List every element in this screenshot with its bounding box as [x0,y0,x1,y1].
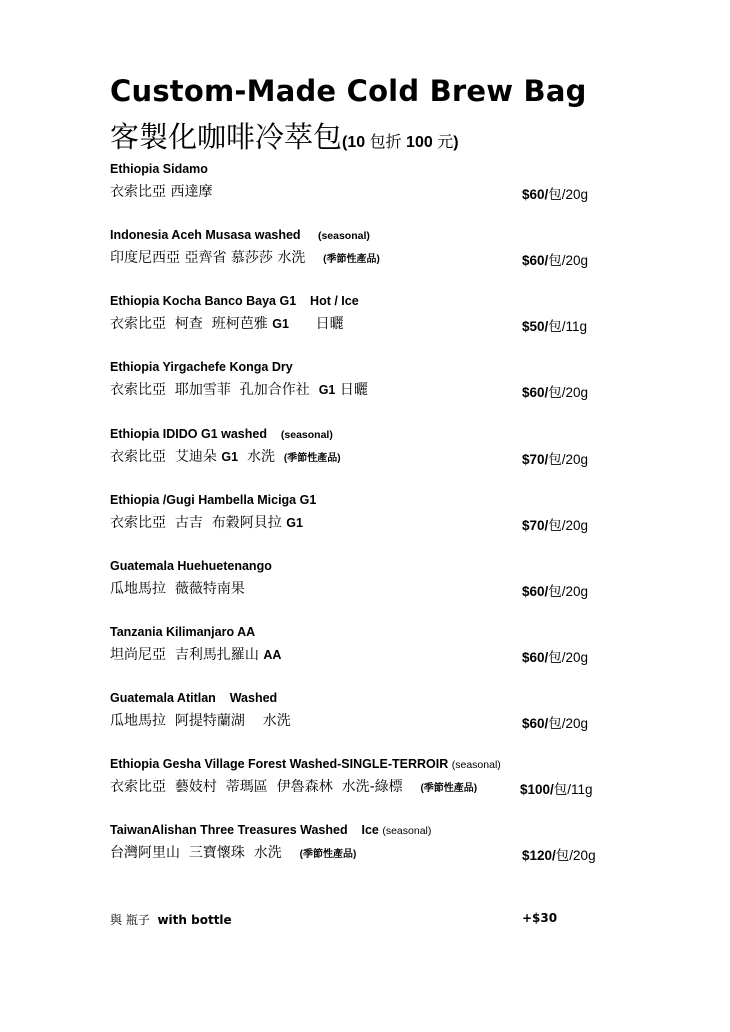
item-name-en-text: Ethiopia IDIDO G1 washed [110,427,267,441]
item-name-zh-text: 瓜地馬拉 阿提特蘭湖 水洗 [110,713,291,729]
item-name-en: Indonesia Aceh Musasa washed (seasonal) [110,228,370,242]
item-name-zh-text: 衣索比亞 西達摩 [110,184,212,200]
seasonal-note-zh: (季節性產品) [323,254,380,265]
item-name-en: Ethiopia Sidamo [110,162,208,176]
price-unit: 包/20g [548,518,588,533]
price-amount: $60/ [522,650,548,665]
discount-zh2: 元 [437,134,453,151]
price-unit: 包/20g [556,848,596,863]
process-label: 日曬 [289,316,344,332]
item-name-zh-text: 衣索比亞 艾迪朵 [110,449,221,465]
item-name-zh: 衣索比亞 西達摩 [110,181,212,201]
item-name-zh: 台灣阿里山 三寶懷珠 水洗 (季節性產品) [110,842,356,862]
item-price: $60/包/20g [522,381,588,401]
item-name-en-text: Guatemala Atitlan Washed [110,691,277,705]
item-name-en-text: Ethiopia Gesha Village Forest Washed-SIN… [110,757,448,771]
title-chinese: 客製化咖啡冷萃包(10 包折 100 元) [110,115,459,156]
item-name-zh-text: 衣索比亞 古吉 布穀阿貝拉 [110,515,286,531]
item-name-en-text: Ethiopia Yirgachefe Konga Dry [110,360,293,374]
process-label: 水洗 [238,449,275,465]
title-english: Custom-Made Cold Brew Bag [110,74,587,108]
item-name-zh-text: 坦尚尼亞 吉利馬扎羅山 [110,647,263,663]
item-name-zh-text: 印度尼西亞 亞齊省 慕莎莎 水洗 [110,250,305,266]
bottle-label-en: with bottle [157,913,231,927]
item-name-en-text: Guatemala Huehuetenango [110,559,272,573]
item-name-en-text: Indonesia Aceh Musasa washed [110,228,301,242]
price-unit: 包/20g [548,385,588,400]
price-unit: 包/20g [548,253,588,268]
price-amount: $60/ [522,584,548,599]
item-name-zh-text: 衣索比亞 柯查 班柯芭雅 [110,316,272,332]
seasonal-note-zh: (季節性產品) [284,453,341,464]
discount-mid: 100 [402,134,438,151]
item-name-zh-text: 瓜地馬拉 薇薇特南果 [110,581,245,597]
price-amount: $60/ [522,253,548,268]
item-name-zh: 衣索比亞 古吉 布穀阿貝拉 G1 [110,512,303,532]
item-name-en-text: Ethiopia Kocha Banco Baya G1 Hot / Ice [110,294,359,308]
seasonal-note: (seasonal) [452,759,501,771]
seasonal-note: (seasonal) [318,230,370,242]
title-chinese-main: 客製化咖啡冷萃包 [110,120,342,154]
discount-zh1: 包折 [370,134,402,151]
price-unit: 包/11g [554,782,593,797]
item-name-zh: 衣索比亞 柯查 班柯芭雅 G1 日曬 [110,313,344,333]
item-price: $120/包/20g [522,844,596,864]
price-amount: $100/ [520,782,554,797]
item-name-en: Ethiopia IDIDO G1 washed (seasonal) [110,427,333,441]
item-price: $60/包/20g [522,646,588,666]
price-unit: 包/20g [548,452,588,467]
price-amount: $70/ [522,518,548,533]
item-name-en: Guatemala Huehuetenango [110,559,272,573]
item-price: $70/包/20g [522,514,588,534]
item-name-en-text: Tanzania Kilimanjaro AA [110,625,255,639]
grade-label: G1 [319,383,336,397]
item-name-zh: 衣索比亞 艾迪朵 G1 水洗 (季節性產品) [110,446,341,466]
bottle-addon-label: 與 瓶子 with bottle [110,911,232,928]
price-amount: $60/ [522,716,548,731]
grade-label: G1 [286,516,303,530]
price-unit: 包/20g [548,187,588,202]
price-amount: $60/ [522,187,548,202]
item-price: $60/包/20g [522,249,588,269]
item-name-zh: 瓜地馬拉 阿提特蘭湖 水洗 [110,710,291,730]
item-name-zh-text: 衣索比亞 藝妓村 蒂瑪區 伊魯森林 水洗-綠標 [110,779,403,795]
price-amount: $70/ [522,452,548,467]
item-name-en: Ethiopia Kocha Banco Baya G1 Hot / Ice [110,294,359,308]
discount-open: (10 [342,134,370,151]
item-name-en: Tanzania Kilimanjaro AA [110,625,255,639]
item-price: $100/包/11g [520,778,593,798]
item-name-en: TaiwanAlishan Three Treasures Washed Ice… [110,823,431,837]
price-amount: $50/ [522,319,548,334]
price-unit: 包/20g [548,650,588,665]
item-name-en: Ethiopia /Gugi Hambella Miciga G1 [110,493,316,507]
item-name-zh: 衣索比亞 耶加雪菲 孔加合作社 G1 日曬 [110,379,368,399]
grade-label: G1 [221,450,238,464]
item-name-zh: 衣索比亞 藝妓村 蒂瑪區 伊魯森林 水洗-綠標 (季節性產品) [110,776,477,796]
item-price: $60/包/20g [522,580,588,600]
discount-close: ) [453,134,458,151]
item-name-zh: 坦尚尼亞 吉利馬扎羅山 AA [110,644,281,664]
item-price: $60/包/20g [522,183,588,203]
item-name-zh-text: 衣索比亞 耶加雪菲 孔加合作社 [110,382,319,398]
price-unit: 包/20g [548,716,588,731]
item-name-en: Ethiopia Yirgachefe Konga Dry [110,360,293,374]
item-price: $60/包/20g [522,712,588,732]
seasonal-note: (seasonal) [382,825,431,837]
price-amount: $60/ [522,385,548,400]
price-amount: $120/ [522,848,556,863]
item-name-en: Guatemala Atitlan Washed [110,691,277,705]
grade-label: AA [263,648,281,662]
item-name-en: Ethiopia Gesha Village Forest Washed-SIN… [110,757,501,771]
item-name-zh: 瓜地馬拉 薇薇特南果 [110,578,245,598]
item-name-zh: 印度尼西亞 亞齊省 慕莎莎 水洗 (季節性產品) [110,247,380,267]
item-price: $70/包/20g [522,448,588,468]
seasonal-note-zh: (季節性產品) [300,849,357,860]
price-unit: 包/20g [548,584,588,599]
seasonal-note: (seasonal) [281,429,333,441]
price-unit: 包/11g [548,319,587,334]
item-price: $50/包/11g [522,315,587,335]
title-discount-note: (10 包折 100 元) [342,134,459,151]
item-name-en-text: TaiwanAlishan Three Treasures Washed Ice [110,823,379,837]
item-name-en-text: Ethiopia /Gugi Hambella Miciga G1 [110,493,316,507]
seasonal-note-zh: (季節性產品) [420,783,477,794]
menu-page: Custom-Made Cold Brew Bag 客製化咖啡冷萃包(10 包折… [0,0,730,1032]
bottle-addon-price: +$30 [522,911,557,925]
item-name-en-text: Ethiopia Sidamo [110,162,208,176]
bottle-label-zh: 與 瓶子 [110,913,150,927]
process-label: 日曬 [335,382,367,398]
item-name-zh-text: 台灣阿里山 三寶懷珠 水洗 [110,845,282,861]
grade-label: G1 [272,317,289,331]
